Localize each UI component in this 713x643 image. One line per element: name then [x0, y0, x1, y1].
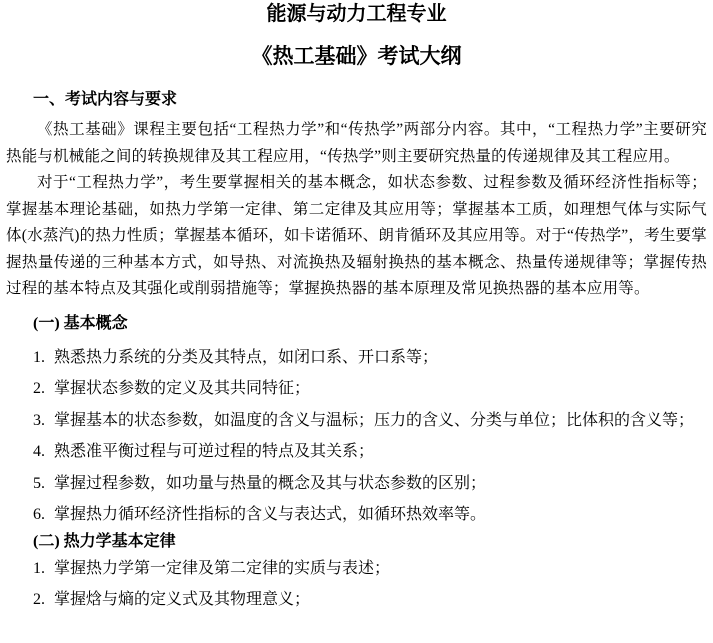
list-item-number: 2. [33, 373, 47, 405]
document-title-major: 能源与动力工程专业 [6, 2, 707, 27]
subsection-heading-basic-concepts: (一) 基本概念 [33, 313, 707, 335]
list-item: 5.掌握过程参数，如功量与热量的概念及其与状态参数的区别； [33, 468, 707, 500]
list-item-text: 熟悉准平衡过程与可逆过程的特点及其关系； [54, 443, 374, 460]
list-item: 1.熟悉热力系统的分类及其特点，如闭口系、开口系等； [33, 342, 707, 374]
list-item: 3.掌握基本的状态参数，如温度的含义与温标；压力的含义、分类与单位；比体积的含义… [33, 405, 707, 437]
list-item-text: 掌握焓与熵的定义式及其物理意义； [54, 591, 310, 608]
subsection-heading-thermodynamic-laws: (二) 热力学基本定律 [33, 531, 707, 553]
list-item-number: 1. [33, 553, 47, 585]
list-item-text: 掌握过程参数，如功量与热量的概念及其与状态参数的区别； [54, 475, 486, 492]
list-item: 4.熟悉准平衡过程与可逆过程的特点及其关系； [33, 436, 707, 468]
document-title-syllabus: 《热工基础》考试大纲 [6, 44, 707, 69]
list-item-number: 2. [33, 584, 47, 616]
list-item-text: 熟悉热力系统的分类及其特点，如闭口系、开口系等； [54, 349, 438, 366]
section-heading-exam-content: 一、考试内容与要求 [33, 89, 707, 111]
basic-concepts-list: 1.熟悉热力系统的分类及其特点，如闭口系、开口系等； 2.掌握状态参数的定义及其… [6, 342, 707, 531]
list-item: 1.掌握热力学第一定律及第二定律的实质与表述； [33, 553, 707, 585]
list-item: 6.掌握热力循环经济性指标的含义与表达式，如循环热效率等。 [33, 499, 707, 531]
document-page: 能源与动力工程专业 《热工基础》考试大纲 一、考试内容与要求 《热工基础》课程主… [0, 0, 713, 643]
thermodynamic-laws-list: 1.掌握热力学第一定律及第二定律的实质与表述； 2.掌握焓与熵的定义式及其物理意… [6, 553, 707, 616]
intro-paragraph: 《热工基础》课程主要包括“工程热力学”和“传热学”两部分内容。其中，“工程热力学… [6, 117, 707, 170]
list-item-number: 6. [33, 499, 47, 531]
list-item-number: 5. [33, 468, 47, 500]
requirements-paragraph: 对于“工程热力学”，考生要掌握相关的基本概念，如状态参数、过程参数及循环经济性指… [6, 170, 707, 303]
list-item-number: 1. [33, 342, 47, 374]
list-item: 2.掌握状态参数的定义及其共同特征； [33, 373, 707, 405]
list-item-text: 掌握热力学第一定律及第二定律的实质与表述； [54, 560, 390, 577]
list-item-text: 掌握状态参数的定义及其共同特征； [54, 380, 310, 397]
list-item-number: 4. [33, 436, 47, 468]
list-item-number: 3. [33, 405, 47, 437]
list-item-text: 掌握基本的状态参数，如温度的含义与温标；压力的含义、分类与单位；比体积的含义等； [54, 412, 694, 429]
list-item-text: 掌握热力循环经济性指标的含义与表达式，如循环热效率等。 [54, 506, 486, 523]
list-item: 2.掌握焓与熵的定义式及其物理意义； [33, 584, 707, 616]
